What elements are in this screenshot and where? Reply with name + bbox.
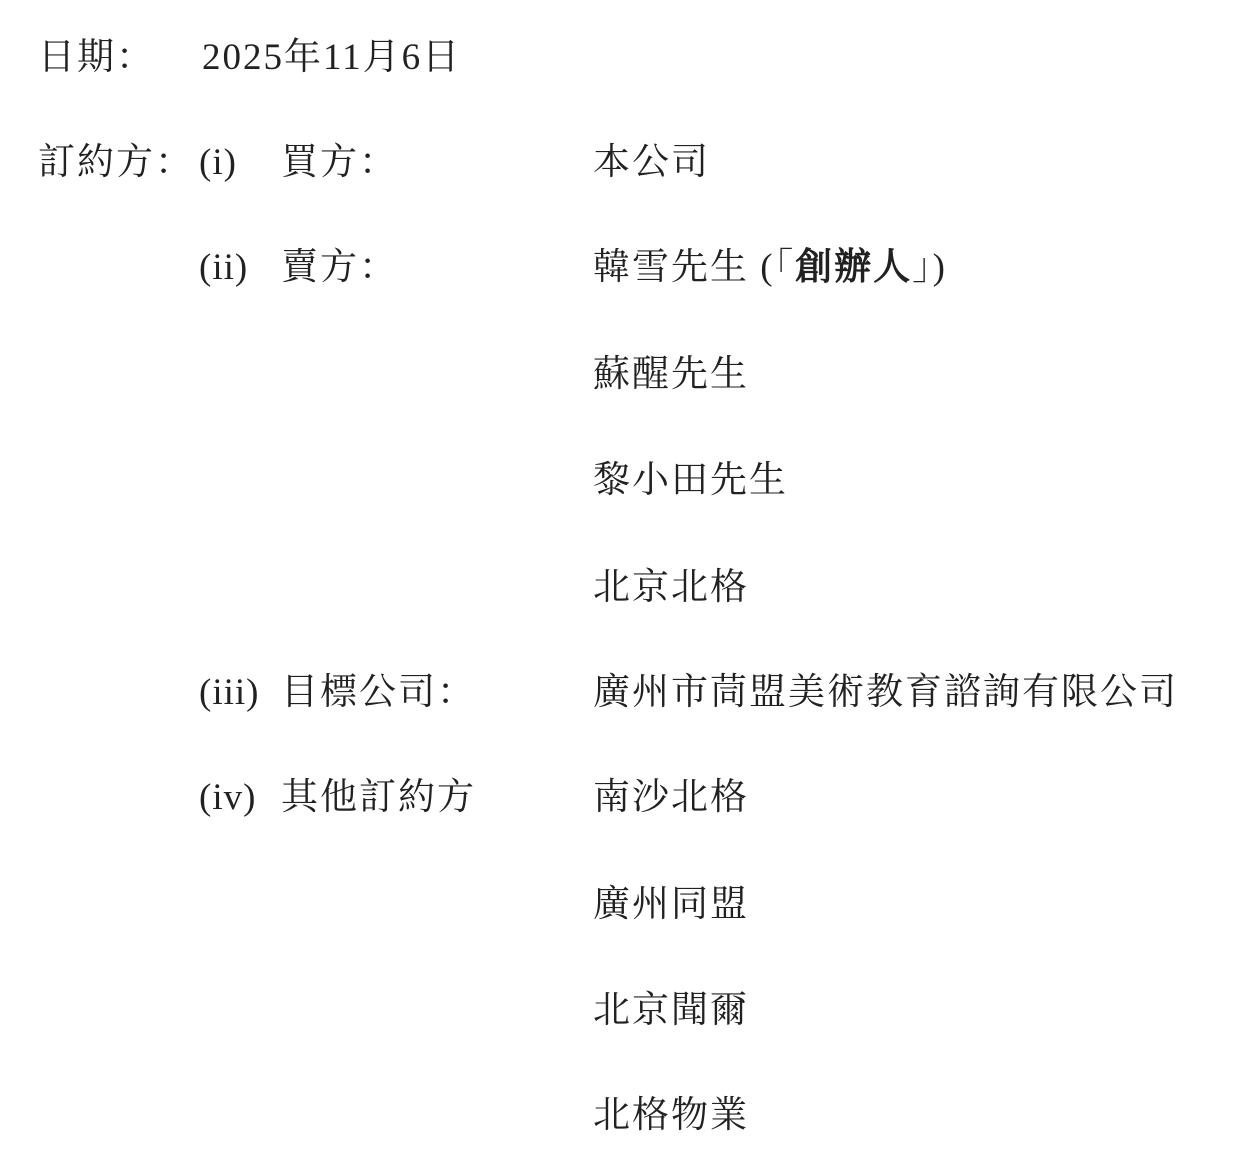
date-value: 2025年11月6日 <box>202 38 461 79</box>
other-party-value-2: 廣州同盟 <box>593 885 749 926</box>
seller-value-3: 黎小田先生 <box>593 461 788 502</box>
seller-value-founder: 韓雪先生 (「創辦人」) <box>593 248 947 289</box>
document-page: 日期： 2025年11月6日 訂約方： (i) 買方： 本公司 (ii) 賣方：… <box>0 0 1248 1176</box>
date-label: 日期： <box>38 38 155 79</box>
other-party-value-3: 北京聞爾 <box>593 991 749 1032</box>
seller-value-2: 蘇醒先生 <box>593 355 749 396</box>
seller-value-prefix: 韓雪先生 (「 <box>593 247 795 288</box>
seller-value-suffix: 」) <box>912 247 947 288</box>
target-company-label: 目標公司： <box>281 673 476 714</box>
parties-label: 訂約方： <box>38 143 194 184</box>
target-company-value: 廣州市茼盟美術教育諮詢有限公司 <box>593 673 1178 714</box>
buyer-label: 買方： <box>281 143 398 184</box>
founder-term-bold: 創辦人 <box>795 247 912 288</box>
other-parties-label: 其他訂約方 <box>281 778 476 819</box>
other-party-value-4: 北格物業 <box>593 1096 749 1137</box>
item-number-iv: (iv) <box>199 778 256 819</box>
item-number-i: (i) <box>199 143 237 184</box>
item-number-iii: (iii) <box>199 673 259 714</box>
item-number-ii: (ii) <box>199 248 248 289</box>
seller-value-4: 北京北格 <box>593 568 749 609</box>
other-party-value-1: 南沙北格 <box>593 778 749 819</box>
seller-label: 賣方： <box>281 248 398 289</box>
buyer-value: 本公司 <box>593 143 710 184</box>
